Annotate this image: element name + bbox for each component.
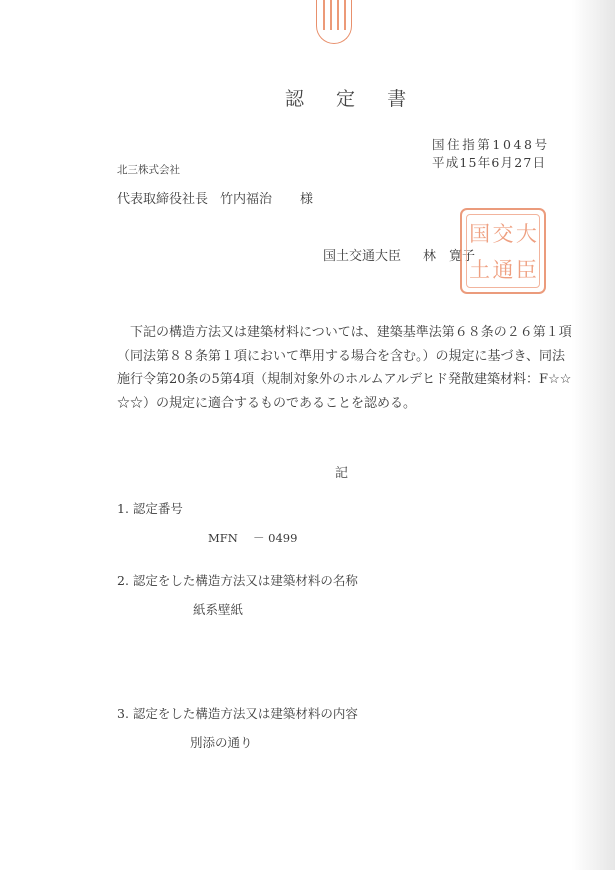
recipient-name: 竹内福治 (220, 192, 272, 207)
item-3-value: 別添の通り (190, 733, 253, 751)
item-1-value: MFN － 0499 (208, 530, 297, 546)
recipient-position: 代表取締役社長 (117, 192, 208, 207)
seal-char: 通 (491, 252, 514, 288)
official-seal-stamp: 国 交 大 土 通 臣 (460, 208, 546, 294)
seal-char: 交 (491, 216, 514, 252)
document-date: 平成15年6月27日 (432, 153, 546, 171)
seal-char: 土 (468, 252, 491, 288)
company-name: 北三株式会社 (117, 162, 180, 177)
recipient-honorific: 様 (300, 192, 313, 207)
statement-line: 下記の構造方法又は建築材料については、建築基準法第６８条の２６第１項 (117, 321, 572, 345)
item-1-label: 1. 認定番号 (117, 499, 183, 517)
statement-line: ☆☆）の規定に適合するものであることを認める。 (117, 392, 572, 416)
seal-char: 大 (515, 216, 538, 252)
item-2-value: 紙系壁紙 (193, 600, 243, 618)
top-seal-mark (316, 0, 352, 44)
certification-statement: 下記の構造方法又は建築材料については、建築基準法第６８条の２６第１項 （同法第８… (117, 321, 572, 415)
ki-heading: 記 (335, 462, 348, 481)
document-number: 国住指第1048号 (432, 135, 550, 153)
seal-char: 臣 (515, 252, 538, 288)
item-2-label: 2. 認定をした構造方法又は建築材料の名称 (117, 571, 358, 589)
issuer: 国土交通大臣林 寛子 (323, 245, 475, 264)
seal-char: 国 (468, 216, 491, 252)
document-title: 認 定 書 (285, 84, 419, 111)
recipient: 代表取締役社長竹内福治様 (117, 188, 313, 207)
issuer-position: 国土交通大臣 (323, 249, 401, 264)
statement-line: 施行令第20条の5第4項（規制対象外のホルムアルデヒド発散建築材料：F☆☆ (117, 368, 572, 392)
certificate-page: 認 定 書 国住指第1048号 平成15年6月27日 北三株式会社 代表取締役社… (0, 0, 615, 870)
statement-line: （同法第８８条第１項において準用する場合を含む。）の規定に基づき、同法 (117, 345, 572, 369)
item-3-label: 3. 認定をした構造方法又は建築材料の内容 (117, 704, 358, 722)
